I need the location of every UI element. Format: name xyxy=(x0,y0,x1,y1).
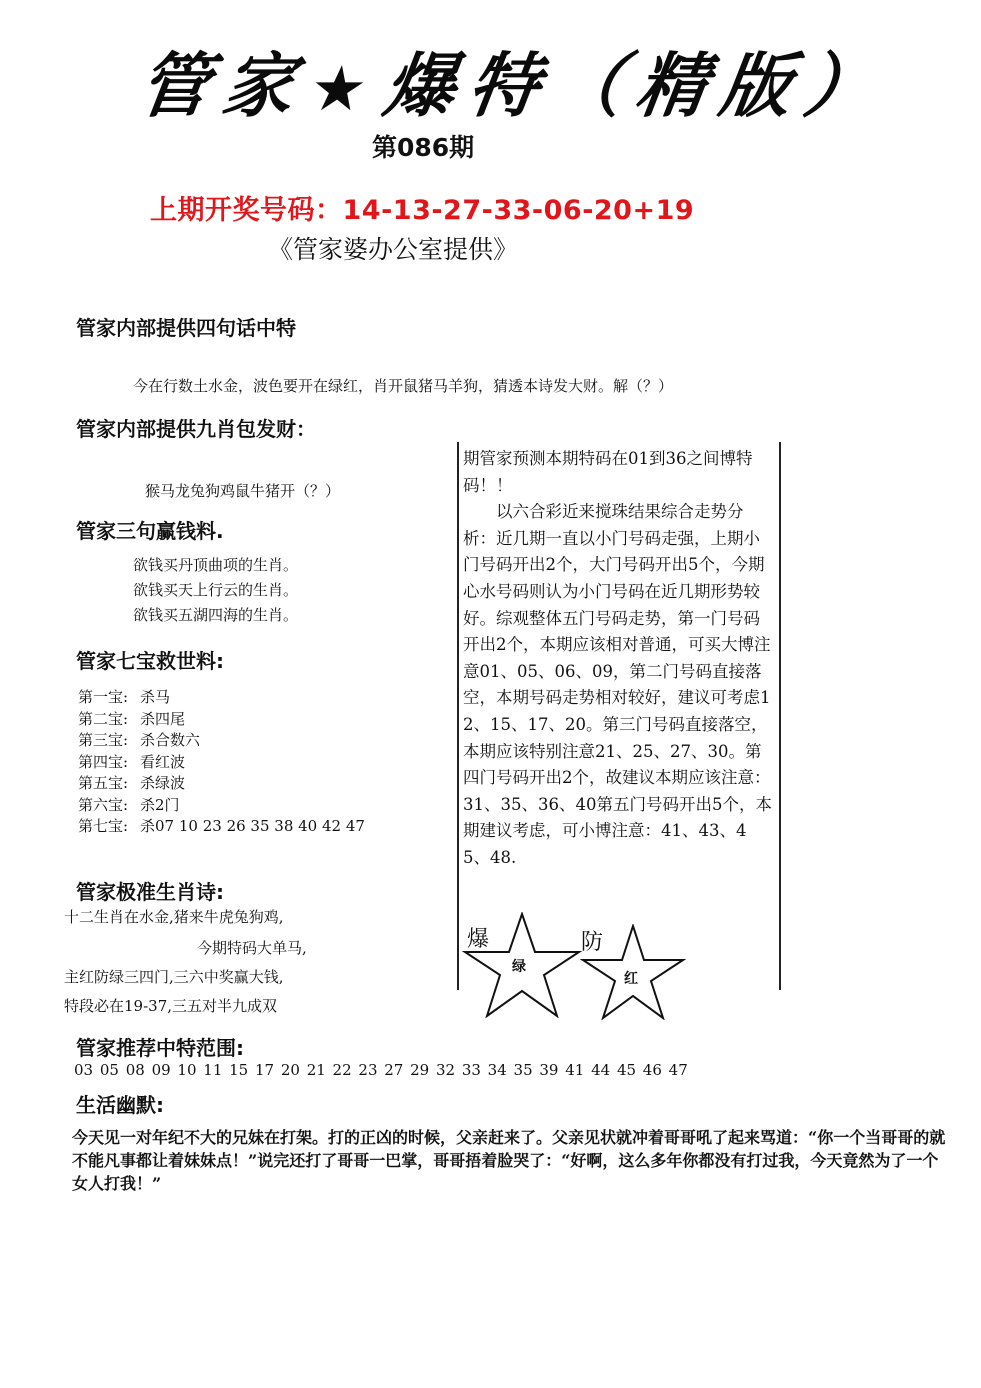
section-heading-four-lines: 管家内部提供四句话中特 xyxy=(76,312,296,341)
list-item: 欲钱买五湖四海的生肖。 xyxy=(133,603,298,628)
poem-line: 特段必在19-37,三五对半九成双 xyxy=(64,995,277,1016)
list-item: 欲钱买天上行云的生肖。 xyxy=(133,578,298,603)
list-item: 第七宝:杀07 10 23 26 35 38 40 42 47 xyxy=(78,815,365,837)
star-icon: ★ xyxy=(306,52,386,125)
analysis-paragraph: 以六合彩近来搅珠结果综合走势分析：近几期一直以小门号码走强，上期小门号码开出2个… xyxy=(463,499,773,871)
list-item: 第五宝:杀绿波 xyxy=(78,772,365,794)
guard-star-text: 红 xyxy=(624,968,638,988)
four-lines-text: 今在行数土水金，波色要开在绿红，肖开鼠猪马羊狗，猜透本诗发大财。解（？） xyxy=(133,375,673,396)
issue-number: 第086期 xyxy=(372,128,474,164)
three-sentences-list: 欲钱买丹顶曲项的生肖。 欲钱买天上行云的生肖。 欲钱买五湖四海的生肖。 xyxy=(133,553,298,628)
last-draw-numbers: 14-13-27-33-06-20+19 xyxy=(343,195,695,226)
humor-text: 今天见一对年纪不大的兄妹在打架。打的正凶的时候，父亲赶来了。父亲见状就冲着哥哥吼… xyxy=(72,1126,952,1195)
provider-credit: 《管家婆办公室提供》 xyxy=(268,230,518,266)
section-heading-recommend-range: 管家推荐中特范围: xyxy=(76,1032,244,1061)
list-item: 第一宝:杀马 xyxy=(78,686,365,708)
burst-star-text: 绿 xyxy=(512,956,526,976)
last-draw-result: 上期开奖号码：14-13-27-33-06-20+19 xyxy=(150,188,694,227)
title-left: 管家 xyxy=(133,45,313,127)
analysis-text: 期管家预测本期特码在01到36之间博特码！！ 以六合彩近来搅珠结果综合走势分析：… xyxy=(463,446,773,872)
analysis-paragraph: 期管家预测本期特码在01到36之间博特码！！ xyxy=(463,446,773,499)
poem-line: 十二生肖在水金,猪来牛虎兔狗鸡, xyxy=(64,906,284,927)
poem-line: 今期特码大单马, xyxy=(197,937,307,958)
recommend-range-numbers: 03 05 08 09 10 11 15 17 20 21 22 23 27 2… xyxy=(74,1061,688,1079)
section-heading-poem: 管家极准生肖诗: xyxy=(76,876,224,905)
section-heading-humor: 生活幽默: xyxy=(76,1089,164,1118)
list-item: 第六宝:杀2门 xyxy=(78,794,365,816)
nine-zodiac-text: 猴马龙兔狗鸡鼠牛猪开（？） xyxy=(145,480,340,501)
last-draw-label: 上期开奖号码： xyxy=(150,195,343,226)
list-item: 第三宝:杀合数六 xyxy=(78,729,365,751)
section-heading-seven-treasures: 管家七宝救世料: xyxy=(76,645,224,674)
list-item: 欲钱买丹顶曲项的生肖。 xyxy=(133,553,298,578)
seven-treasures-list: 第一宝:杀马 第二宝:杀四尾 第三宝:杀合数六 第四宝:看红波 第五宝:杀绿波 … xyxy=(78,686,365,837)
section-heading-nine-zodiac: 管家内部提供九肖包发财： xyxy=(76,413,316,442)
poem-line: 主红防绿三四门,三六中奖赢大钱, xyxy=(64,966,284,987)
list-item: 第四宝:看红波 xyxy=(78,751,365,773)
title-right: 爆特（精版） xyxy=(379,45,895,127)
list-item: 第二宝:杀四尾 xyxy=(78,708,365,730)
page-title: 管家★爆特（精版） xyxy=(133,30,897,131)
section-heading-three-sentences: 管家三句赢钱料. xyxy=(76,515,224,544)
